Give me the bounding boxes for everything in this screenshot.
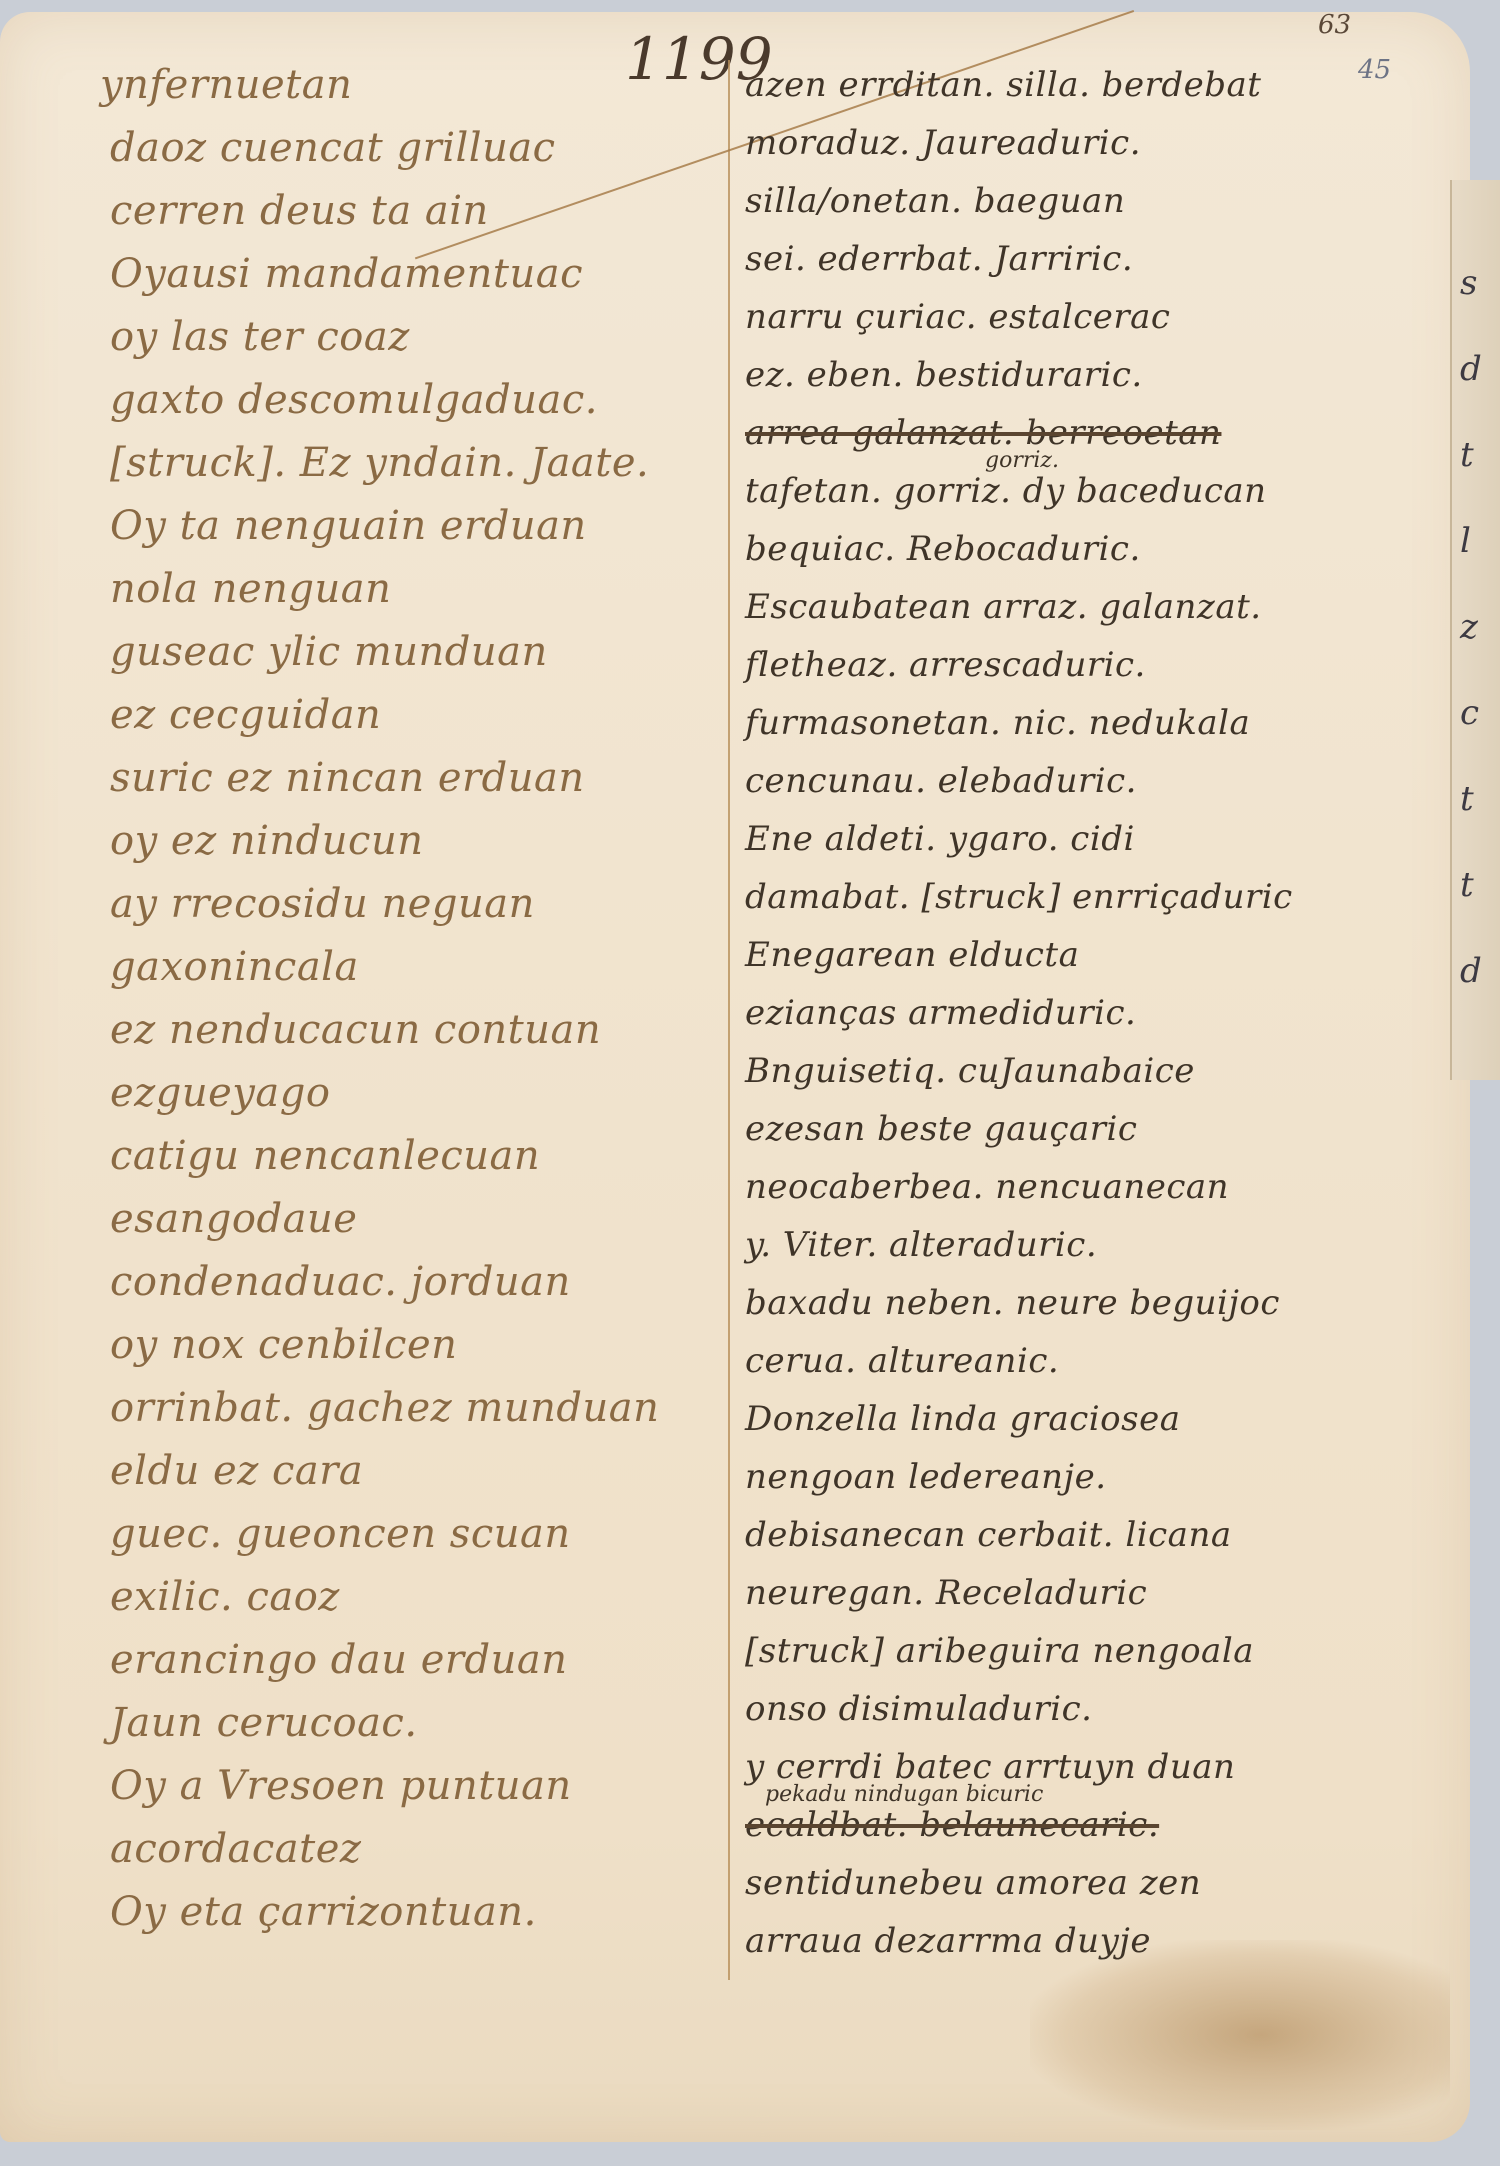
right-column-line: [struck] aribeguira nengoala (745, 1626, 1254, 1676)
left-column-line: gaxto descomulgaduac. (110, 375, 598, 425)
right-column-line: moraduz. Jaureaduric. (745, 118, 1141, 168)
interlinear-note: pekadu nindugan bicuric (765, 1782, 1043, 1807)
left-column-line: Oyausi mandamentuac (110, 249, 583, 299)
right-column-line: baxadu neben. neure beguijoc (745, 1278, 1280, 1328)
right-column-line: sentidunebeu amorea zen (745, 1858, 1201, 1908)
right-column-line: ezesan beste gauçaric (745, 1104, 1137, 1154)
right-column-line: nengoan ledereanje. (745, 1452, 1107, 1502)
right-column-line: Escaubatean arraz. galanzat. (745, 582, 1262, 632)
left-column-line: suric ez nincan erduan (110, 753, 585, 803)
right-column-line: azen errditan. silla. berdebat (745, 60, 1261, 110)
right-column-line: cencunau. elebaduric. (745, 756, 1137, 806)
left-column-line: guec. gueoncen scuan (110, 1509, 571, 1559)
left-column-line: gaxonincala (110, 942, 359, 992)
right-column-line: bequiac. Rebocaduric. (745, 524, 1141, 574)
right-column-line: Ene aldeti. ygaro. cidi (745, 814, 1135, 864)
left-column-line: erancingo dau erduan (110, 1635, 567, 1685)
left-column-line: guseac ylic munduan (110, 627, 548, 677)
left-column-line: esangodaue (110, 1194, 357, 1244)
left-column-line: [struck]. Ez yndain. Jaate. (110, 438, 649, 488)
right-column-line: y. Viter. alteraduric. (745, 1220, 1097, 1270)
right-column-line: fletheaz. arrescaduric. (745, 640, 1146, 690)
bleed-letter: t (1460, 842, 1500, 928)
page-number-alt: 45 (1358, 55, 1391, 85)
left-column-line: oy nox cenbilcen (110, 1320, 457, 1370)
bleed-letter: d (1460, 928, 1500, 1014)
left-column-line: ez nenducacun contuan (110, 1005, 601, 1055)
bleed-letter: t (1460, 756, 1500, 842)
right-column-line: Enegarean elducta (745, 930, 1079, 980)
column-divider (728, 60, 730, 1980)
right-column-line: tafetan. gorriz. dy baceducan (745, 466, 1267, 516)
left-column-line: Oy eta çarrizontuan. (110, 1887, 537, 1937)
bleed-letter: z (1460, 584, 1500, 670)
bleed-letter: c (1460, 670, 1500, 756)
right-column-line: ezianças armediduric. (745, 988, 1136, 1038)
left-column-line: ynfernuetan (100, 60, 352, 110)
bleed-letter: t (1460, 412, 1500, 498)
bleed-letter: d (1460, 326, 1500, 412)
left-column-line: acordacatez (110, 1824, 361, 1874)
interlinear-note: gorriz. (985, 448, 1059, 473)
left-column-line: condenaduac. jorduan (110, 1257, 571, 1307)
right-margin-bleed-through: sdtlzcttd (1460, 240, 1500, 1014)
page-number: 63 (1318, 10, 1351, 40)
right-column-line: arrea galanzat. berreoetan (745, 408, 1221, 458)
bleed-letter: s (1460, 240, 1500, 326)
left-column-line: ay rrecosidu neguan (110, 879, 535, 929)
right-column-line: onso disimuladuric. (745, 1684, 1092, 1734)
left-column-line: cerren deus ta ain (110, 186, 489, 236)
right-column-line: sei. ederrbat. Jarriric. (745, 234, 1133, 284)
left-column-line: Jaun cerucoac. (110, 1698, 418, 1748)
right-column-line: silla/onetan. baeguan (745, 176, 1125, 226)
left-column-line: oy las ter coaz (110, 312, 410, 362)
right-column-line: neuregan. Receladuric (745, 1568, 1147, 1618)
right-column-line: debisanecan cerbait. licana (745, 1510, 1232, 1560)
left-column-line: nola nenguan (110, 564, 391, 614)
right-column-line: narru çuriac. estalcerac (745, 292, 1170, 342)
right-column-line: neocaberbea. nencuanecan (745, 1162, 1229, 1212)
left-column-line: exilic. caoz (110, 1572, 340, 1622)
left-column-line: ez cecguidan (110, 690, 381, 740)
left-column-line: Oy a Vresoen puntuan (110, 1761, 572, 1811)
right-column-line: Bnguisetiq. cuJaunabaice (745, 1046, 1195, 1096)
right-column-line: cerua. altureanic. (745, 1336, 1059, 1386)
left-column-line: oy ez ninducun (110, 816, 423, 866)
right-column-line: Donzella linda graciosea (745, 1394, 1181, 1444)
right-column-line: ecaldbat. belaunecaric. (745, 1800, 1159, 1850)
left-column-line: ezgueyago (110, 1068, 330, 1118)
left-column-line: daoz cuencat grilluac (110, 123, 556, 173)
left-column-line: Oy ta nenguain erduan (110, 501, 587, 551)
left-column-line: catigu nencanlecuan (110, 1131, 540, 1181)
left-column-line: orrinbat. gachez munduan (110, 1383, 659, 1433)
right-column-line: furmasonetan. nic. nedukala (745, 698, 1250, 748)
water-stain (1030, 1940, 1450, 2130)
right-column-line: ez. eben. bestiduraric. (745, 350, 1143, 400)
left-column-line: eldu ez cara (110, 1446, 363, 1496)
right-column-line: damabat. [struck] enrriçaduric (745, 872, 1293, 922)
right-column-line: arraua dezarrma duyje (745, 1916, 1151, 1966)
bleed-letter: l (1460, 498, 1500, 584)
